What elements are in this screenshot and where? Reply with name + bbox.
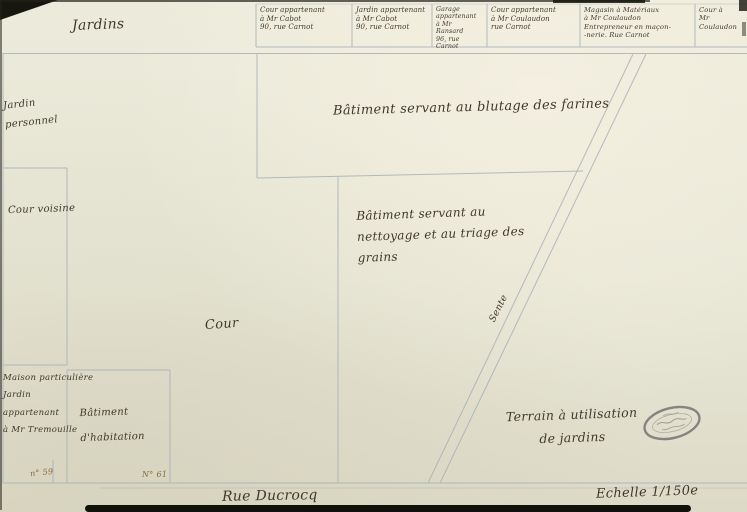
cour-voisine-label: Cour voisine [8,203,76,216]
street-name-label: Rue Ducrocq [222,487,318,505]
plan-document: Cour appartenant à Mr Cabot 90, rue Carn… [0,0,747,512]
building-nettoyage-label: Bâtiment servant au nettoyage et au tria… [356,200,526,269]
jardins-label: Jardins [72,16,125,34]
building-habitation-label: Bâtiment d'habitation [79,399,145,451]
parcel-number-59: n° 59 [30,467,54,478]
cour-center-label: Cour [205,316,240,333]
photo-edge-top-dark [553,0,645,3]
photo-corner-top-right [739,0,747,11]
parcel-number-61: N° 61 [142,470,167,479]
photo-edge-left [0,0,2,510]
photo-corner-top-left [0,0,58,20]
parcel-box-garage-ransard: Garage appartenant à Mr Ransard 96, rue … [433,4,487,47]
building-blutage-label: Bâtiment servant au blutage des farines [333,96,610,118]
jardin-personnel-label: Jardin personnel [2,91,59,134]
parcel-box-cour-cabot: Cour appartenant à Mr Cabot 90, rue Carn… [257,4,352,47]
photo-edge-bottom [85,505,691,512]
parcel-box-cour-coulaudon: Cour appartenant à Mr Coulaudon rue Carn… [488,4,580,47]
parcel-box-jardin-cabot: Jardin appartenant à Mr Cabot 90, rue Ca… [353,4,432,47]
photo-edge-right-mark [742,22,746,36]
terrain-jardins-label: Terrain à utilisation de jardins [491,401,652,452]
parcel-box-magasin-coulaudon: Magasin à Matériaux à Mr Coulaudon Entre… [581,4,695,47]
sente-path-label: Sente [487,293,510,324]
scale-label: Echelle 1/150e [596,483,699,502]
